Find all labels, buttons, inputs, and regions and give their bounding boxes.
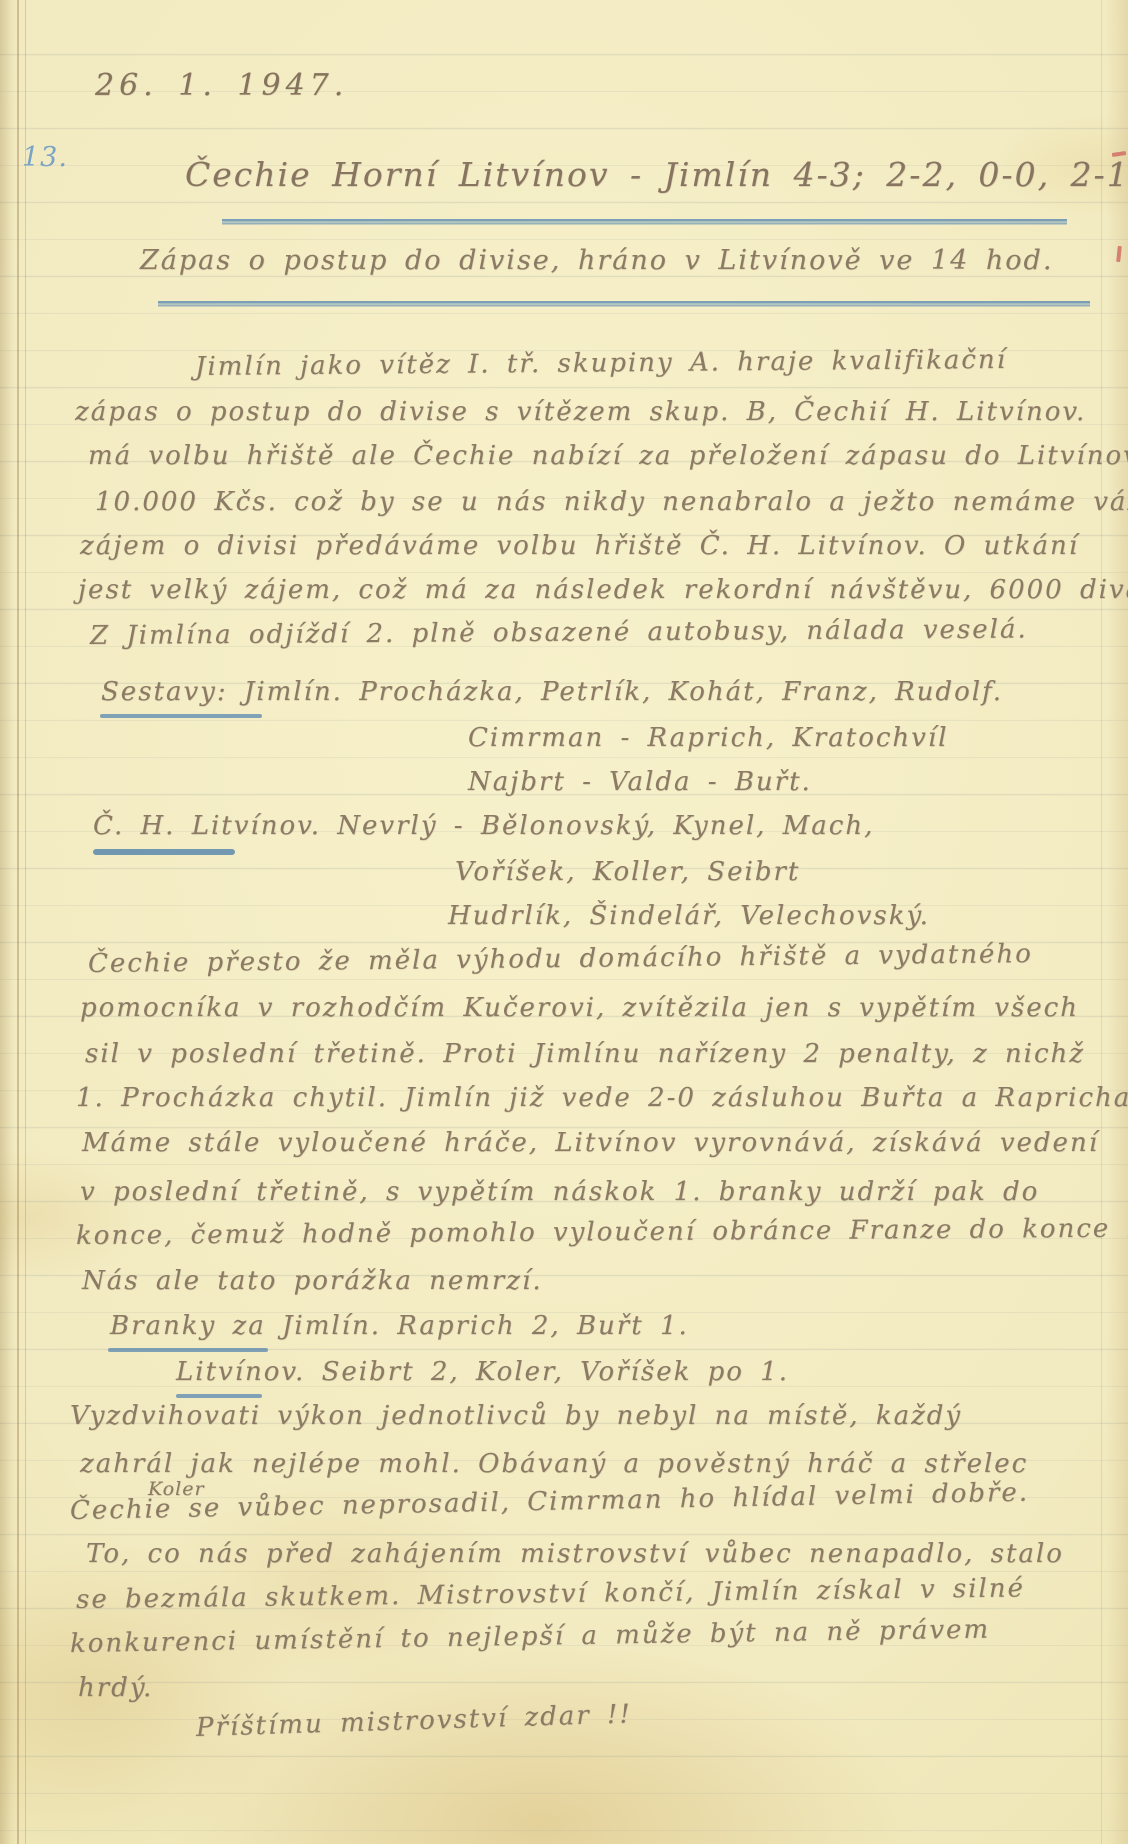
page-edge-shadow [1106, 0, 1128, 1844]
body-line: zájem o divisi předáváme volbu hřiště Č.… [80, 531, 1079, 561]
entry-date: 26. 1. 1947. [95, 68, 348, 103]
body-line: má volbu hřiště ale Čechie nabízí za pře… [88, 441, 1128, 471]
entry-subtitle: Zápas o postup do divise, hráno v Litvín… [140, 245, 1053, 276]
lineup-line: Hudrlík, Šindelář, Velechovský. [448, 901, 930, 931]
body-line: hrdý. [78, 1673, 153, 1703]
goals-line: Litvínov. Seibrt 2, Koler, Voříšek po 1. [176, 1357, 789, 1387]
body-line: v poslední třetině, s vypětím náskok 1. … [80, 1177, 1039, 1207]
body-line: jest velký zájem, což má za následek rek… [78, 575, 1128, 605]
body-line: pomocníka v rozhodčím Kučerovi, zvítězil… [80, 993, 1079, 1023]
blue-underline [108, 1348, 268, 1352]
body-line: sil v poslední třetině. Proti Jimlínu na… [85, 1039, 1085, 1069]
lineup-line: Cimrman - Raprich, Kratochvíl [468, 723, 949, 753]
body-line: 1. Procházka chytil. Jimlín již vede 2-0… [76, 1083, 1128, 1113]
lineup-line: Najbrt - Valda - Buřt. [468, 767, 812, 797]
page-edge-crease [1101, 0, 1102, 1844]
page-number: 13. [22, 142, 68, 173]
lineup-line: Č. H. Litvínov. Nevrlý - Bělonovský, Kyn… [93, 811, 874, 841]
blue-underline [100, 714, 262, 718]
body-line: Vyzdvihovati výkon jednotlivců by nebyl … [70, 1401, 962, 1431]
blue-underline [176, 1394, 262, 1398]
blue-underline [93, 849, 235, 855]
margin-line [17, 0, 26, 1844]
body-line: 10.000 Kčs. což by se u nás nikdy nenabr… [95, 487, 1128, 517]
blue-underline [222, 219, 1067, 226]
body-line: zahrál jak nejlépe mohl. Obávaný a pověs… [80, 1449, 1028, 1479]
body-line: Nás ale tato porážka nemrzí. [82, 1266, 543, 1296]
body-line: zápas o postup do divise s vítězem skup.… [75, 397, 1086, 427]
lineup-line: Voříšek, Koller, Seibrt [455, 857, 800, 887]
body-line: To, co nás před zahájením mistrovství vů… [86, 1539, 1064, 1569]
body-line: Máme stále vyloučené hráče, Litvínov vyr… [82, 1128, 1099, 1158]
goals-line: Branky za Jimlín. Raprich 2, Buřt 1. [110, 1311, 689, 1341]
entry-title: Čechie Horní Litvínov - Jimlín 4-3; 2-2,… [185, 155, 1128, 194]
blue-underline [158, 301, 1090, 308]
binding-edge-shadow [0, 0, 16, 1844]
lineup-line: Sestavy: Jimlín. Procházka, Petrlík, Koh… [101, 677, 1003, 707]
